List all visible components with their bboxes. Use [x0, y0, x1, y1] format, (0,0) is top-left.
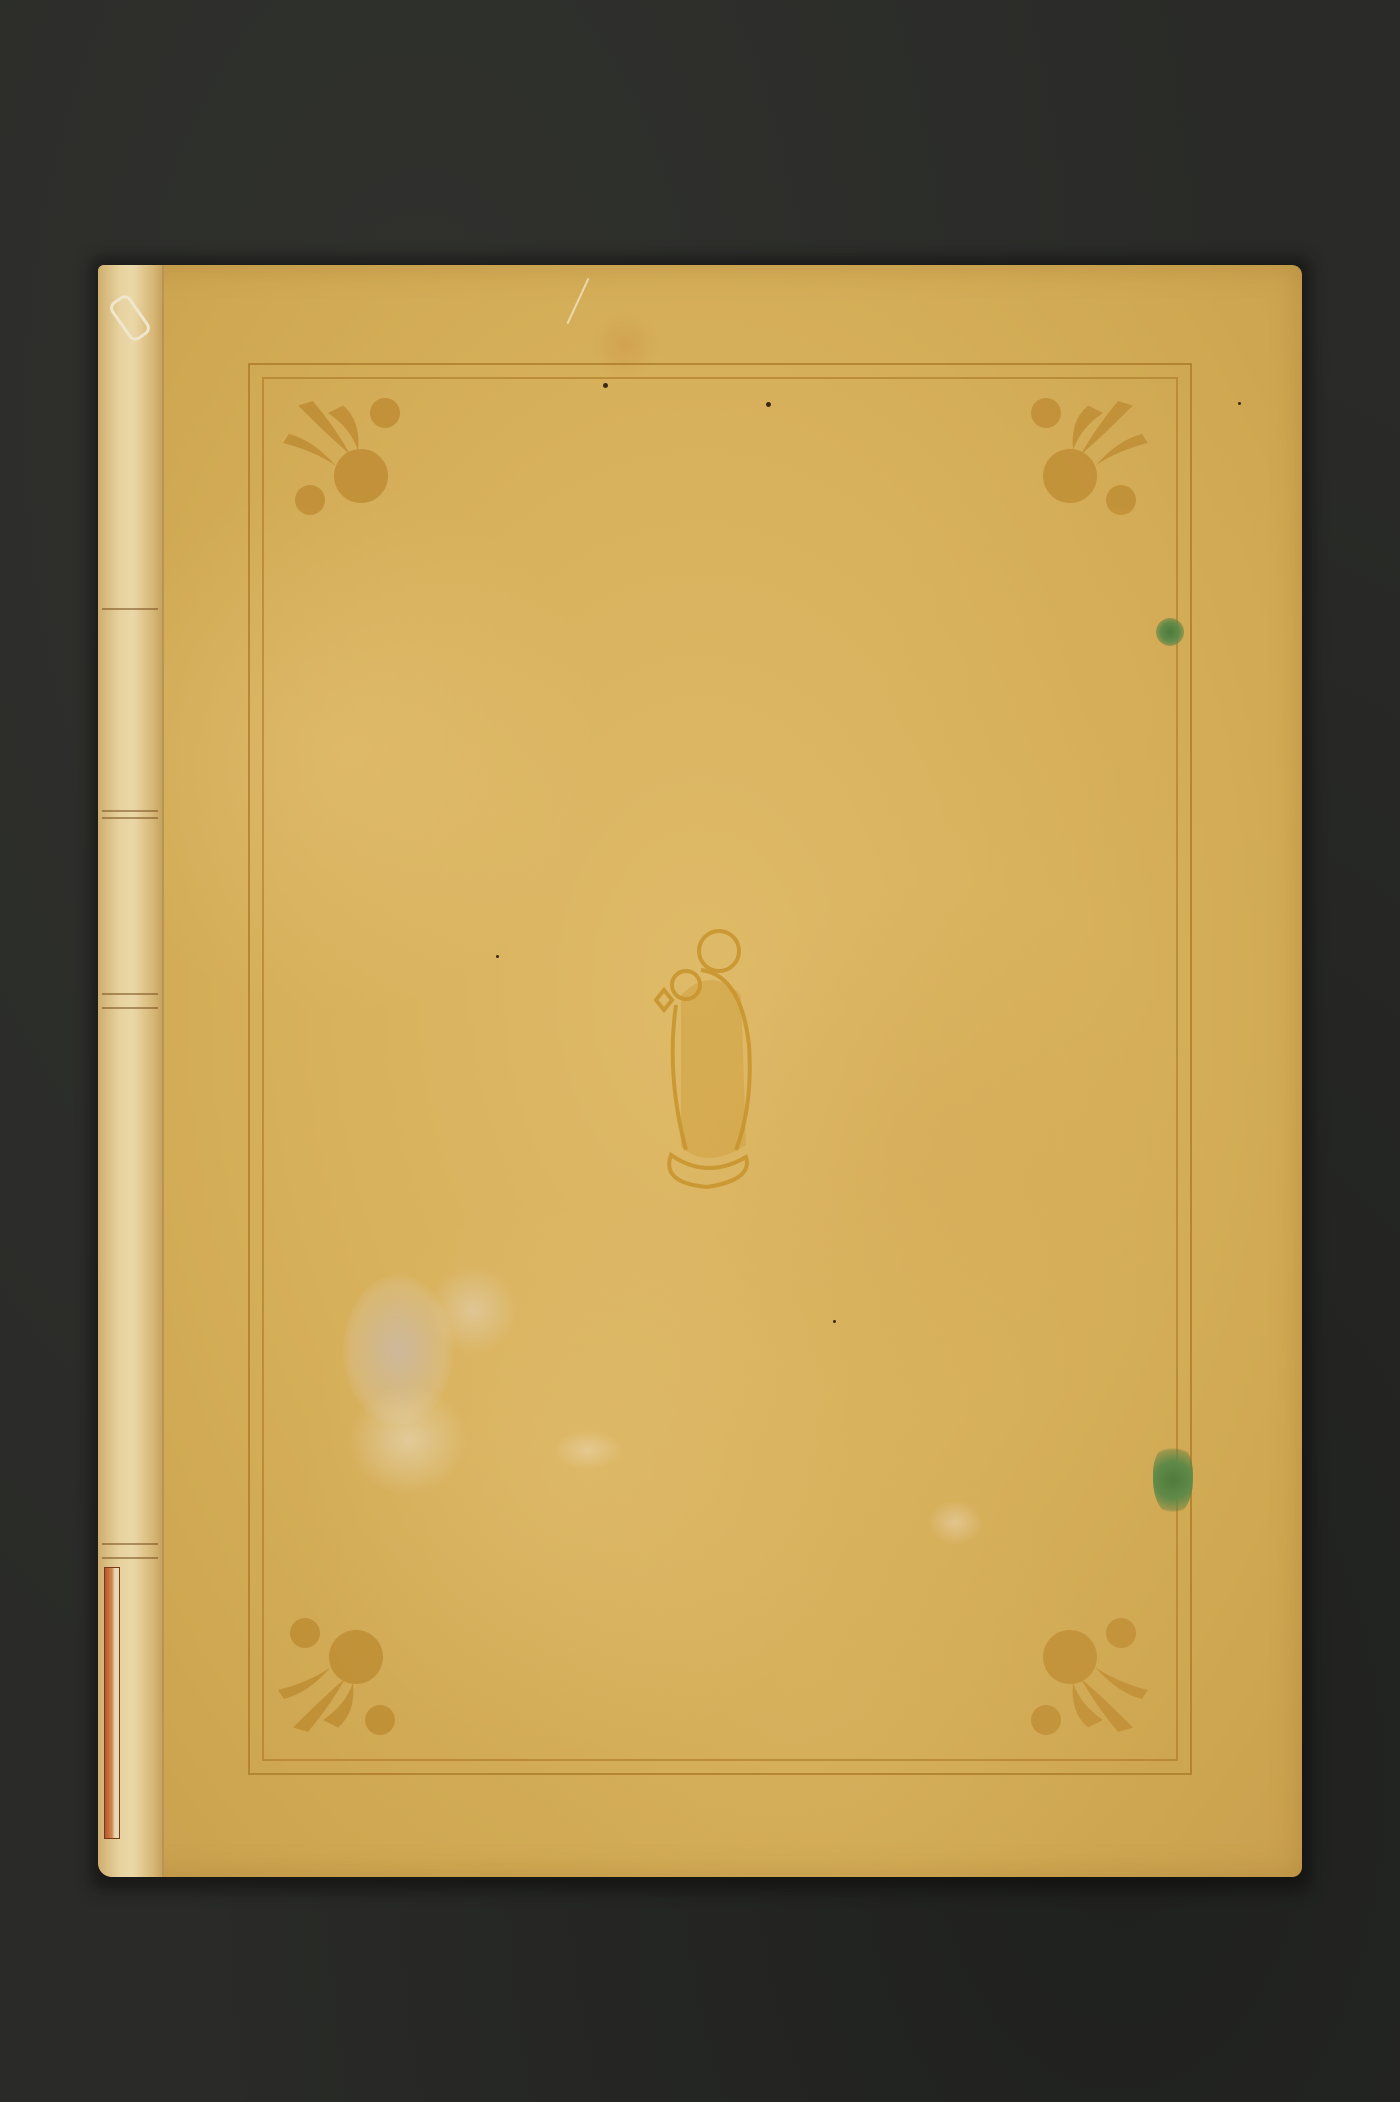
blemish-dot: [1238, 402, 1241, 405]
green-tie-lower: [1153, 1445, 1193, 1515]
fleuron-bottom-right-icon: [1013, 1600, 1163, 1750]
blemish-dot: [833, 1320, 836, 1323]
spine-tie-loop: [107, 292, 153, 343]
spine-band: [102, 1543, 158, 1545]
fleuron-top-left-icon: [268, 383, 418, 533]
spine-band: [102, 817, 158, 819]
spine-band: [102, 608, 158, 610]
madonna-emblem-icon: [641, 925, 773, 1190]
spine-band: [102, 810, 158, 812]
blemish-dot: [496, 955, 499, 958]
spine-band: [102, 1007, 158, 1009]
blemish-dot: [766, 402, 771, 407]
photo-scene: [0, 0, 1400, 2102]
green-tie-upper: [1156, 618, 1184, 646]
spine-band: [102, 1557, 158, 1559]
fleuron-top-right-icon: [1013, 383, 1163, 533]
book-spine: [98, 265, 164, 1877]
vellum-book-cover: [98, 265, 1302, 1877]
shelf-label: [104, 1567, 120, 1839]
blemish-dot: [603, 383, 608, 388]
spine-band: [102, 993, 158, 995]
fleuron-bottom-left-icon: [263, 1600, 413, 1750]
